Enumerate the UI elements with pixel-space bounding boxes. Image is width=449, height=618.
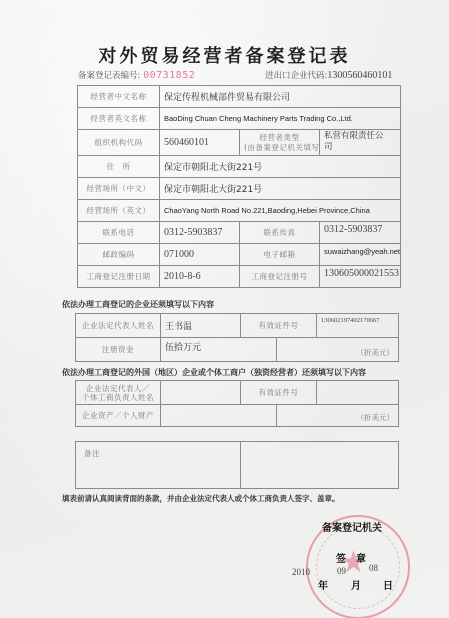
import-export-code-value: 1300560460101 [327,70,392,81]
postal-value: 071000 [160,244,240,266]
reg-no-label: 工商登记注册号 [240,266,320,288]
premises-cn-value: 保定市朝阳北大街221号 [160,178,401,200]
en-name-label: 经营者英文名称 [78,108,160,130]
residence-label: 住 所 [78,156,160,178]
assets-label: 企业资产／个人财产 [76,405,161,427]
enterprise-table: 企业法定代表人姓名 王书温 有效证件号 130602197402170667 注… [75,313,399,362]
enterprise-id-label: 有效证件号 [241,314,317,338]
foreign-rep-value [161,381,241,405]
fax-label: 联系传真 [240,222,320,244]
table-row: 住 所 保定市朝阳北大街221号 [78,156,401,178]
table-row: 企业法定代表人姓名 王书温 有效证件号 130602197402170667 [76,314,399,338]
operator-type-label-line1: 经营者类型 [244,133,315,143]
capital-label: 注册资金 [76,338,161,362]
table-row: 经营者中文名称 保定传程机械部件贸易有限公司 [78,86,401,108]
import-export-code: 进出口企业代码:1300560460101 [265,69,392,81]
foreign-rep-label-line1: 企业法定代表人／ [80,384,156,393]
table-row: 注册资金 伍拾万元 （折美元） [76,338,399,362]
table-row: 经营场所（中文） 保定市朝阳北大街221号 [78,178,401,200]
foreign-rep-label-line2: 个体工商负责人姓名 [80,393,156,402]
import-export-code-label: 进出口企业代码: [265,71,327,81]
reg-no-value: 130605000021553 [320,266,401,288]
reg-date-value: 2010-8-6 [160,266,240,288]
org-code-label: 组织机构代码 [78,130,160,156]
fax-value: 0312-5903837 [320,222,401,244]
table-row: 经营者英文名称 BaoDing Chuan Cheng Machinery Pa… [78,108,401,130]
registration-number: 备案登记表编号: 00731852 [78,69,195,81]
premises-en-label: 经营场所（英文） [78,200,160,222]
table-row: 邮政编码 071000 电子邮箱 suwaizhang@yeah.net [78,244,401,266]
registration-number-value: 00731852 [143,70,195,81]
year-label: 年 [318,577,328,592]
cn-name-label: 经营者中文名称 [78,86,160,108]
reg-date-label: 工商登记注册日期 [78,266,160,288]
org-code-value: 560460101 [160,130,240,156]
foreign-id-label: 有效证件号 [241,381,317,405]
operator-type-label-line2: (由备案登记机关填写) [244,143,315,153]
footer-note: 填表前请认真阅读背面的条款，并由企业法定代表人或个体工商负责人签字、盖章。 [62,493,340,504]
operator-type-value: 私营有限责任公 司 [320,130,401,156]
phone-value: 0312-5903837 [160,222,240,244]
remarks-label: 备注 [76,442,241,489]
enterprise-id-value: 130602197402170667 [317,314,399,338]
date-day: 08 [369,563,378,573]
table-row: 企业资产／个人财产 （折美元） [76,405,399,427]
date-month: 09 [337,566,346,576]
main-info-table: 经营者中文名称 保定传程机械部件贸易有限公司 经营者英文名称 BaoDing C… [77,85,401,288]
registration-number-label: 备案登记表编号: [78,71,140,81]
operator-type-value-line2: 司 [324,142,396,153]
table-row: 工商登记注册日期 2010-8-6 工商登记注册号 13060500002155… [78,266,401,288]
foreign-rep-label: 企业法定代表人／ 个体工商负责人姓名 [76,381,161,405]
day-label: 日 [383,577,393,592]
capital-usd-label: （折美元） [277,338,399,362]
document-title: 对外贸易经营者备案登记表 [0,42,449,68]
foreign-section-heading: 依法办理工商登记的外国（地区）企业或个体工商户（独资经营者）还须填写以下内容 [62,367,366,378]
assets-usd-label: （折美元） [277,405,399,427]
premises-cn-label: 经营场所（中文） [78,178,160,200]
premises-en-value: ChaoYang North Road No.221,Baoding,Hebei… [160,200,401,222]
postal-label: 邮政编码 [78,244,160,266]
remarks-value [241,442,399,489]
email-label: 电子邮箱 [240,244,320,266]
legal-rep-label: 企业法定代表人姓名 [76,314,161,338]
phone-label: 联系电话 [78,222,160,244]
capital-value: 伍拾万元 [161,338,277,362]
registration-authority-label: 备案登记机关 [322,519,382,534]
table-row: 经营场所（英文） ChaoYang North Road No.221,Baod… [78,200,401,222]
operator-type-value-line1: 私营有限责任公 [324,131,396,142]
remarks-table: 备注 [75,441,399,489]
seal-label: 签 章 [336,550,366,565]
email-value: suwaizhang@yeah.net [320,244,401,266]
foreign-table: 企业法定代表人／ 个体工商负责人姓名 有效证件号 企业资产／个人财产 （折美元） [75,380,399,427]
table-row: 备注 [76,442,399,489]
en-name-value: BaoDing Chuan Cheng Machinery Parts Trad… [160,108,401,130]
assets-value [161,405,277,427]
enterprise-section-heading: 依法办理工商登记的企业还须填写以下内容 [62,299,214,310]
month-label: 月 [351,577,361,592]
date-year: 2010 [292,567,310,577]
operator-type-label: 经营者类型 (由备案登记机关填写) [240,130,320,156]
table-row: 企业法定代表人／ 个体工商负责人姓名 有效证件号 [76,381,399,405]
residence-value: 保定市朝阳北大街221号 [160,156,401,178]
table-row: 联系电话 0312-5903837 联系传真 0312-5903837 [78,222,401,244]
legal-rep-value: 王书温 [161,314,241,338]
foreign-id-value [317,381,399,405]
table-row: 组织机构代码 560460101 经营者类型 (由备案登记机关填写) 私营有限责… [78,130,401,156]
cn-name-value: 保定传程机械部件贸易有限公司 [160,86,401,108]
